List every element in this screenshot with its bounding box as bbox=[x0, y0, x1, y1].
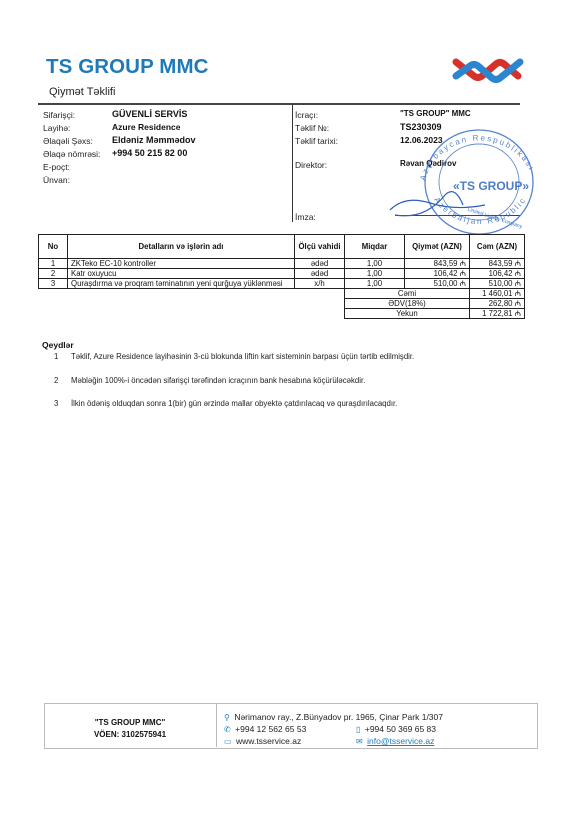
contact-person-value: Eldəniz Məmmədov bbox=[112, 135, 196, 145]
column-header: Qiymət (AZN) bbox=[405, 235, 470, 259]
column-header: Miqdar bbox=[345, 235, 405, 259]
items-table: No Detalların və işlərin adı Ölçü vahidi… bbox=[38, 234, 525, 319]
item-unit: x/h bbox=[295, 279, 345, 289]
project-label: Layihə: bbox=[43, 123, 70, 133]
signature-label: İmza: bbox=[295, 212, 316, 222]
item-price: 843,59 ₼ bbox=[405, 259, 470, 269]
director-label: Direktor: bbox=[295, 160, 327, 170]
table-header-row: No Detalların və işlərin adı Ölçü vahidi… bbox=[39, 235, 525, 259]
note-number: 1 bbox=[54, 352, 58, 361]
note-number: 3 bbox=[54, 399, 58, 408]
subtotal-row: Cəmi 1 460,01 ₼ bbox=[39, 289, 525, 299]
contractor-label: İcraçı: bbox=[295, 110, 318, 120]
column-header: Detalların və işlərin adı bbox=[68, 235, 295, 259]
contact-person-label: Əlaqəli Şəxs: bbox=[43, 136, 93, 146]
item-sum: 843,59 ₼ bbox=[470, 259, 525, 269]
column-header: No bbox=[39, 235, 68, 259]
column-header: Cəm (AZN) bbox=[470, 235, 525, 259]
item-sum: 106,42 ₼ bbox=[470, 269, 525, 279]
item-qty: 1,00 bbox=[345, 259, 405, 269]
item-name: Quraşdırma və proqram təminatının yeni q… bbox=[68, 279, 295, 289]
table-row: 2 Katr oxuyucu ədəd 1,00 106,42 ₼ 106,42… bbox=[39, 269, 525, 279]
table-row: 3 Quraşdırma və proqram təminatının yeni… bbox=[39, 279, 525, 289]
company-stamp-icon: Azərbaycan Respublikası Azerbaijan Repub… bbox=[385, 125, 535, 237]
subtotal-label: Cəmi bbox=[345, 289, 470, 299]
item-sum: 510,00 ₼ bbox=[470, 279, 525, 289]
header-divider bbox=[38, 103, 520, 105]
total-row: Yekun 1 722,81 ₼ bbox=[39, 309, 525, 319]
website-link[interactable]: www.tsservice.az bbox=[236, 736, 301, 746]
item-unit: ədəd bbox=[295, 269, 345, 279]
column-divider bbox=[292, 104, 293, 222]
item-qty: 1,00 bbox=[345, 269, 405, 279]
note-number: 2 bbox=[54, 376, 58, 385]
total-value: 1 722,81 ₼ bbox=[470, 309, 525, 319]
client-value: GÜVENLİ SERVİS bbox=[112, 109, 187, 119]
document-title: Qiymət Təklifi bbox=[49, 86, 115, 98]
row-number: 1 bbox=[39, 259, 68, 269]
table-row: 1 ZKTeko EC-10 kontroller ədəd 1,00 843,… bbox=[39, 259, 525, 269]
column-header: Ölçü vahidi bbox=[295, 235, 345, 259]
footer-tax-id: VÖEN: 3102575941 bbox=[44, 730, 216, 739]
total-label: Yekun bbox=[345, 309, 470, 319]
project-value: Azure Residence bbox=[112, 122, 181, 132]
company-logo-icon bbox=[452, 52, 526, 90]
computer-icon: ▭ bbox=[224, 737, 232, 746]
item-name: Katr oxuyucu bbox=[68, 269, 295, 279]
row-number: 2 bbox=[39, 269, 68, 279]
contractor-value: "TS GROUP" MMC bbox=[400, 109, 471, 118]
subtotal-value: 1 460,01 ₼ bbox=[470, 289, 525, 299]
footer-website[interactable]: ▭ www.tsservice.az bbox=[224, 731, 301, 749]
contact-phone-value: +994 50 215 82 00 bbox=[112, 148, 187, 158]
note-text: Təklif, Azure Residence layihəsinin 3-cü… bbox=[71, 352, 414, 361]
vat-value: 262,80 ₼ bbox=[470, 299, 525, 309]
email-link[interactable]: info@tsservice.az bbox=[367, 736, 434, 746]
footer-company-name: "TS GROUP MMC" bbox=[44, 718, 216, 727]
footer-email[interactable]: ✉ info@tsservice.az bbox=[356, 731, 434, 749]
company-name: TS GROUP MMC bbox=[46, 55, 209, 79]
item-price: 510,00 ₼ bbox=[405, 279, 470, 289]
svg-text:Azərbaycan Respublikası: Azərbaycan Respublikası bbox=[418, 133, 535, 181]
note-text: Məbləğin 100%-i öncədən sifarişçi tərəfi… bbox=[71, 376, 365, 385]
email-icon: ✉ bbox=[356, 737, 363, 746]
notes-title: Qeydlər bbox=[42, 340, 74, 350]
vat-label: ƏDV(18%) bbox=[345, 299, 470, 309]
item-unit: ədəd bbox=[295, 259, 345, 269]
address-label: Ünvan: bbox=[43, 175, 70, 185]
svg-text:«TS GROUP»: «TS GROUP» bbox=[453, 179, 529, 193]
client-label: Sifarişçi: bbox=[43, 110, 75, 120]
email-label: E-poçt: bbox=[43, 162, 70, 172]
item-price: 106,42 ₼ bbox=[405, 269, 470, 279]
contact-phone-label: Əlaqə nömrəsi: bbox=[43, 149, 100, 159]
note-text: İlkin ödəniş olduqdan sonra 1(bir) gün ə… bbox=[71, 399, 397, 408]
item-name: ZKTeko EC-10 kontroller bbox=[68, 259, 295, 269]
offer-number-label: Təklif №: bbox=[295, 123, 329, 133]
vat-row: ƏDV(18%) 262,80 ₼ bbox=[39, 299, 525, 309]
offer-date-label: Təklif tarixi: bbox=[295, 136, 338, 146]
item-qty: 1,00 bbox=[345, 279, 405, 289]
row-number: 3 bbox=[39, 279, 68, 289]
